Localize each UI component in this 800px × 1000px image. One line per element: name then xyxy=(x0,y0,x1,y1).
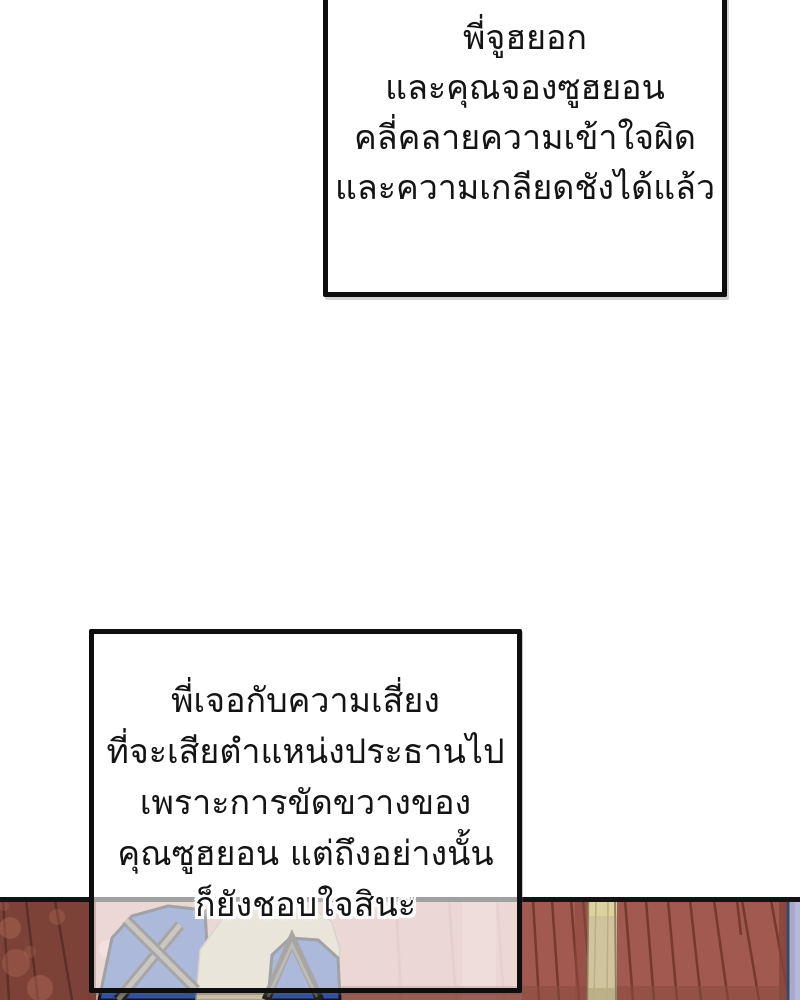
speech-line: คลี่คลายความเข้าใจผิด xyxy=(328,113,722,163)
wood-planks-left xyxy=(0,897,96,1000)
speech-box-bottom: พี่เจอกับความเสี่ยง ที่จะเสียตำแหน่งประธ… xyxy=(89,629,522,993)
speech-box-top: พี่จูฮยอก และคุณจองซูฮยอน คลี่คลายความเข… xyxy=(323,0,727,297)
curtain-right xyxy=(522,897,800,1000)
speech-box-top-text: พี่จูฮยอก และคุณจองซูฮยอน คลี่คลายความเข… xyxy=(328,0,722,213)
speech-line: และคุณจองซูฮยอน xyxy=(328,63,722,113)
speech-line: เพราะการขัดขวางของ xyxy=(94,778,517,829)
beige-stripe xyxy=(588,897,618,1000)
speech-line: คุณซูฮยอน แต่ถึงอย่างนั้น xyxy=(94,829,517,880)
speech-line-over-artwork: ก็ยังชอบใจสินะ xyxy=(94,880,517,931)
speech-line: พี่จูฮยอก xyxy=(328,13,722,63)
lavender-strip xyxy=(788,897,800,1000)
speech-line: พี่เจอกับความเสี่ยง xyxy=(94,676,517,727)
speech-line: ที่จะเสียตำแหน่งประธานไป xyxy=(94,727,517,778)
speech-box-bottom-text: พี่เจอกับความเสี่ยง ที่จะเสียตำแหน่งประธ… xyxy=(94,634,517,931)
speech-line: และความเกลียดชังได้แล้ว xyxy=(328,163,722,213)
